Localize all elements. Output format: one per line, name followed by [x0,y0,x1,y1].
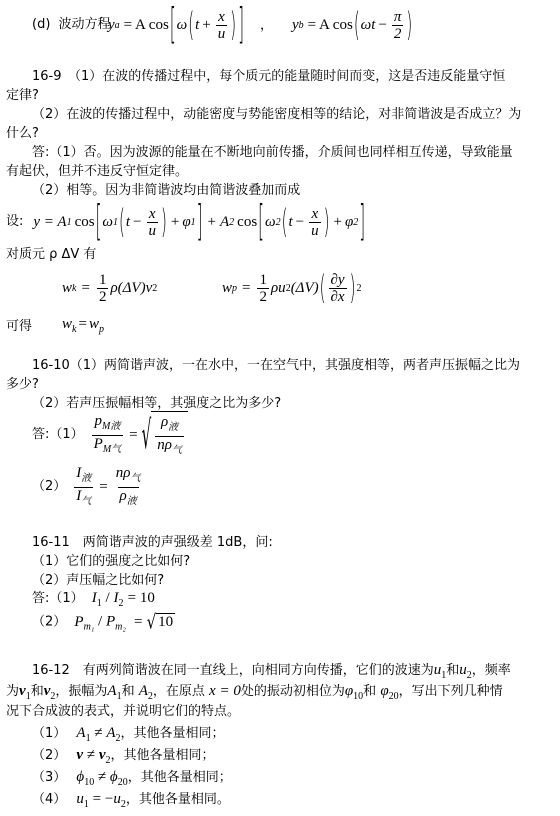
q16-9-answer1a: 答:（1）否。因为波源的能量在不断地向前传播，介质间也同样相互传递，导致能量 [32,144,513,162]
wk-rhs: ρ(ΔV)v [110,280,152,297]
sub-1: 1 [67,217,72,228]
case-label: （3） [32,770,66,785]
P-symbol: P [106,614,115,630]
q16-9-line4: 什么? [6,125,39,143]
case-1: （1） A1 ≠ A2，其他各量相同； [32,724,225,748]
acos-text: = A cos [308,17,353,34]
sub-air: 气 [81,496,91,507]
sub-20: 20 [389,691,399,702]
left-paren: ( [354,9,360,42]
left-paren: ( [320,272,326,305]
case-label: （1） [32,726,66,741]
q16-11-answer2: （2） Pm₁ / Pm₂ = √10 [32,613,175,633]
exponent-2: 2 [356,283,361,294]
pi-over-2: π2 [392,9,404,42]
answer-label: （2） [32,615,66,630]
density-ratio-inverse: nρ气 ρ液 [114,465,143,510]
one-half: 12 [257,272,269,305]
t-symbol: t [195,17,199,34]
q16-11-line2: （1）它们的强度之比如何? [32,553,190,571]
case-text: ，其他各量相同； [128,770,232,785]
n-symbol: n [157,437,165,453]
yb-subscript: b [299,20,304,31]
right-paren: ) [350,272,356,305]
left-paren: ( [119,206,125,239]
sub-water: 液 [127,496,137,507]
right-bracket: ] [197,201,203,243]
sub-10: 10 [353,691,363,702]
q16-11-answer1: 答:（1） I1 / I2 = 10 [32,590,155,609]
q16-10-answer2: （2） I液 I气 = nρ气 ρ液 [32,465,144,509]
sub-m2: m₂ [115,622,126,633]
rho-u: ρu [271,280,286,297]
case-label: （2） [32,748,66,763]
q16-11-line3: （2）声压幅之比如何? [32,572,164,590]
sqrt-density-ratio: √ ρ液 nρ气 [142,411,188,459]
q16-12-text-e: ，在原点 [153,684,205,699]
right-bracket: ] [359,201,365,243]
wave-equation-a: ya = A cos [ ω ( t + xu ) ] [108,5,245,45]
p-subscript: p [232,283,237,294]
right-bracket: ] [238,4,244,46]
case-4: （4） u1 = −u2，其他各量相同。 [32,790,230,814]
right-paren: ) [406,9,412,42]
right-paren: ) [230,9,236,42]
minus-sign: − [378,17,386,34]
item-d-line: (d) 波动方程 [32,16,111,34]
q16-9-line1: 16-9 （1）在波的传播过程中，每个质元的能量随时间而变，这是否违反能量守恒 [32,68,505,86]
A-symbol: A [139,683,148,699]
k-subscript: k [72,283,76,294]
pressure-ratio: pM液 PM气 [92,413,124,458]
q16-12-text-d: ，振幅为 [55,684,107,699]
potential-energy-density-eq: wp = 12 ρu2 (ΔV) ( ∂y∂x )2 [222,262,361,314]
x-over-u: xu [309,206,321,239]
dy-over-dx: ∂y∂x [329,272,347,305]
sub-air: 气 [130,473,140,484]
ya-symbol: y [108,17,115,34]
q16-9-answer1b: 有起伏，但并不违反守恒定律。 [6,163,188,181]
equals-sign: = [78,316,86,332]
and-text: 和 [31,684,44,699]
sub-water: 液 [81,473,91,484]
sub-m1: m₁ [84,622,95,633]
exponent-2: 2 [152,283,157,294]
case-label: （4） [32,792,66,807]
case-3: （3） ϕ10 ≠ ϕ20，其他各量相同； [32,768,232,792]
case-text: ，其他各量相同。 [126,792,230,807]
q16-11-line1: 16-11 两简谐声波的声强级差 1dB，问: [32,534,273,552]
phi-symbol: φ [380,683,388,699]
q16-10-answer1: 答:（1） pM液 PM气 = √ ρ液 nρ气 [32,413,188,457]
denominator-2: 2 [392,25,404,42]
mass-element-line: 对质元 ρ ΔV 有 [6,246,96,264]
sub-2: 2 [276,217,281,228]
q16-10-line2: 多少? [6,376,39,394]
comma: ， [260,17,273,35]
w-symbol: w [62,280,72,297]
q16-12-text-b: ，频率 [472,663,511,678]
ratio-value: = 10 [128,590,155,606]
numerator-x: x [216,9,227,25]
numerator-dy: ∂y [329,272,347,288]
sub-water: M液 [102,421,120,432]
k-subscript: k [72,324,76,335]
cos-text: cos [237,214,257,231]
delta-v: (ΔV) [291,280,319,297]
set-label: 设: [6,213,23,231]
answer-label: 答:（1） [32,426,84,444]
result-label: 可得 [6,318,32,336]
kinetic-energy-density-eq: wk = 12 ρ(ΔV)v2 [62,266,157,310]
case-2: （2） v ≠ v2，其他各量相同； [32,746,215,770]
w-symbol: w [222,280,232,297]
acos-text: = A cos [124,17,169,34]
rho-symbol: ρ [165,437,172,453]
q16-12-text-g: ，写出下列几种情 [399,684,503,699]
v-symbol: v [19,683,26,699]
p-subscript: p [99,324,104,335]
one-half: 12 [97,272,109,305]
denominator-2: 2 [257,288,269,305]
x-over-u: xu [147,206,159,239]
omega-symbol: ω [177,17,188,34]
left-paren: ( [282,206,288,239]
and-text: 和 [363,684,376,699]
case-text: ，其他各量相同； [111,748,215,763]
sub-air: 气 [172,445,182,456]
right-paren: ) [161,206,167,239]
x-over-u: xu [216,9,228,42]
left-bracket: [ [258,201,264,243]
left-bracket: [ [96,201,102,243]
numerator-pi: π [392,9,404,25]
case-text: ，其他各量相同； [121,726,225,741]
rho-symbol: ρ [120,488,127,504]
sub-2: 2 [229,217,234,228]
denominator-dx: ∂x [329,288,347,305]
sqrt-10: √10 [147,613,176,631]
sub-1: 1 [191,217,196,228]
item-d-text: 波动方程 [59,17,111,32]
yb-symbol: y [292,17,299,34]
omega-t: ωt [361,17,376,34]
q16-9-line2: 定律? [6,87,39,105]
numerator-1: 1 [97,272,109,288]
sub-air: M气 [103,444,121,455]
A-symbol: A [107,683,116,699]
p-symbol: p [94,413,102,429]
and-text: 和 [446,663,459,678]
right-paren: ) [324,206,330,239]
P-symbol: P [94,436,103,452]
u-symbol: u [459,662,467,678]
intensity-ratio: I液 I气 [74,465,93,510]
item-d-label: (d) [32,17,50,32]
y-eq-a: y = A [33,214,66,231]
phi-symbol: φ [345,683,353,699]
phi-symbol: φ [182,214,190,231]
sub-water: 液 [168,422,178,433]
left-bracket: [ [170,4,176,46]
q16-12-text-f: 处的振动初相位为 [241,684,345,699]
answer-label: （2） [32,478,66,496]
q16-9-line3: （2）在波的传播过程中，动能密度与势能密度相等的结论，对非简谐波是否成立？为 [32,106,521,124]
x-equals-0: x = 0 [209,683,241,699]
q16-10-line1: 16-10（1）两简谐声波，一在水中，一在空气中，其强度相等，两者声压振幅之比为 [32,357,520,375]
left-paren: ( [188,9,194,42]
sub-1: 1 [113,217,118,228]
wave-equation-b: yb = A cos ( ωt − π2 ) [292,5,413,45]
and-text: 和 [122,684,135,699]
sub-2: 2 [353,217,358,228]
superposition-equation: 设: y = A1 cos [ ω1 ( t− xu ) + φ1 ] + A2… [6,198,366,246]
q16-12-line3: 况下合成波的表式，并说明它们的特点。 [6,703,240,721]
P-symbol: P [74,614,83,630]
phi-symbol: φ [345,214,353,231]
numerator-1: 1 [257,272,269,288]
plus-sign: + [202,17,210,34]
cos-text: cos [75,214,95,231]
answer-label: 答:（1） [32,591,84,606]
sqrt-value: 10 [156,613,175,631]
q16-12-text-c: 为 [6,684,19,699]
result-equation: wk=wp [62,316,104,335]
ya-subscript: a [115,20,120,31]
denominator-2: 2 [97,288,109,305]
density-ratio: ρ液 nρ气 [155,414,184,459]
denominator-u: u [216,25,228,42]
q16-12-text-a: 16-12 有两列简谐波在同一直线上，向相同方向传播，它们的波速为 [32,663,434,678]
